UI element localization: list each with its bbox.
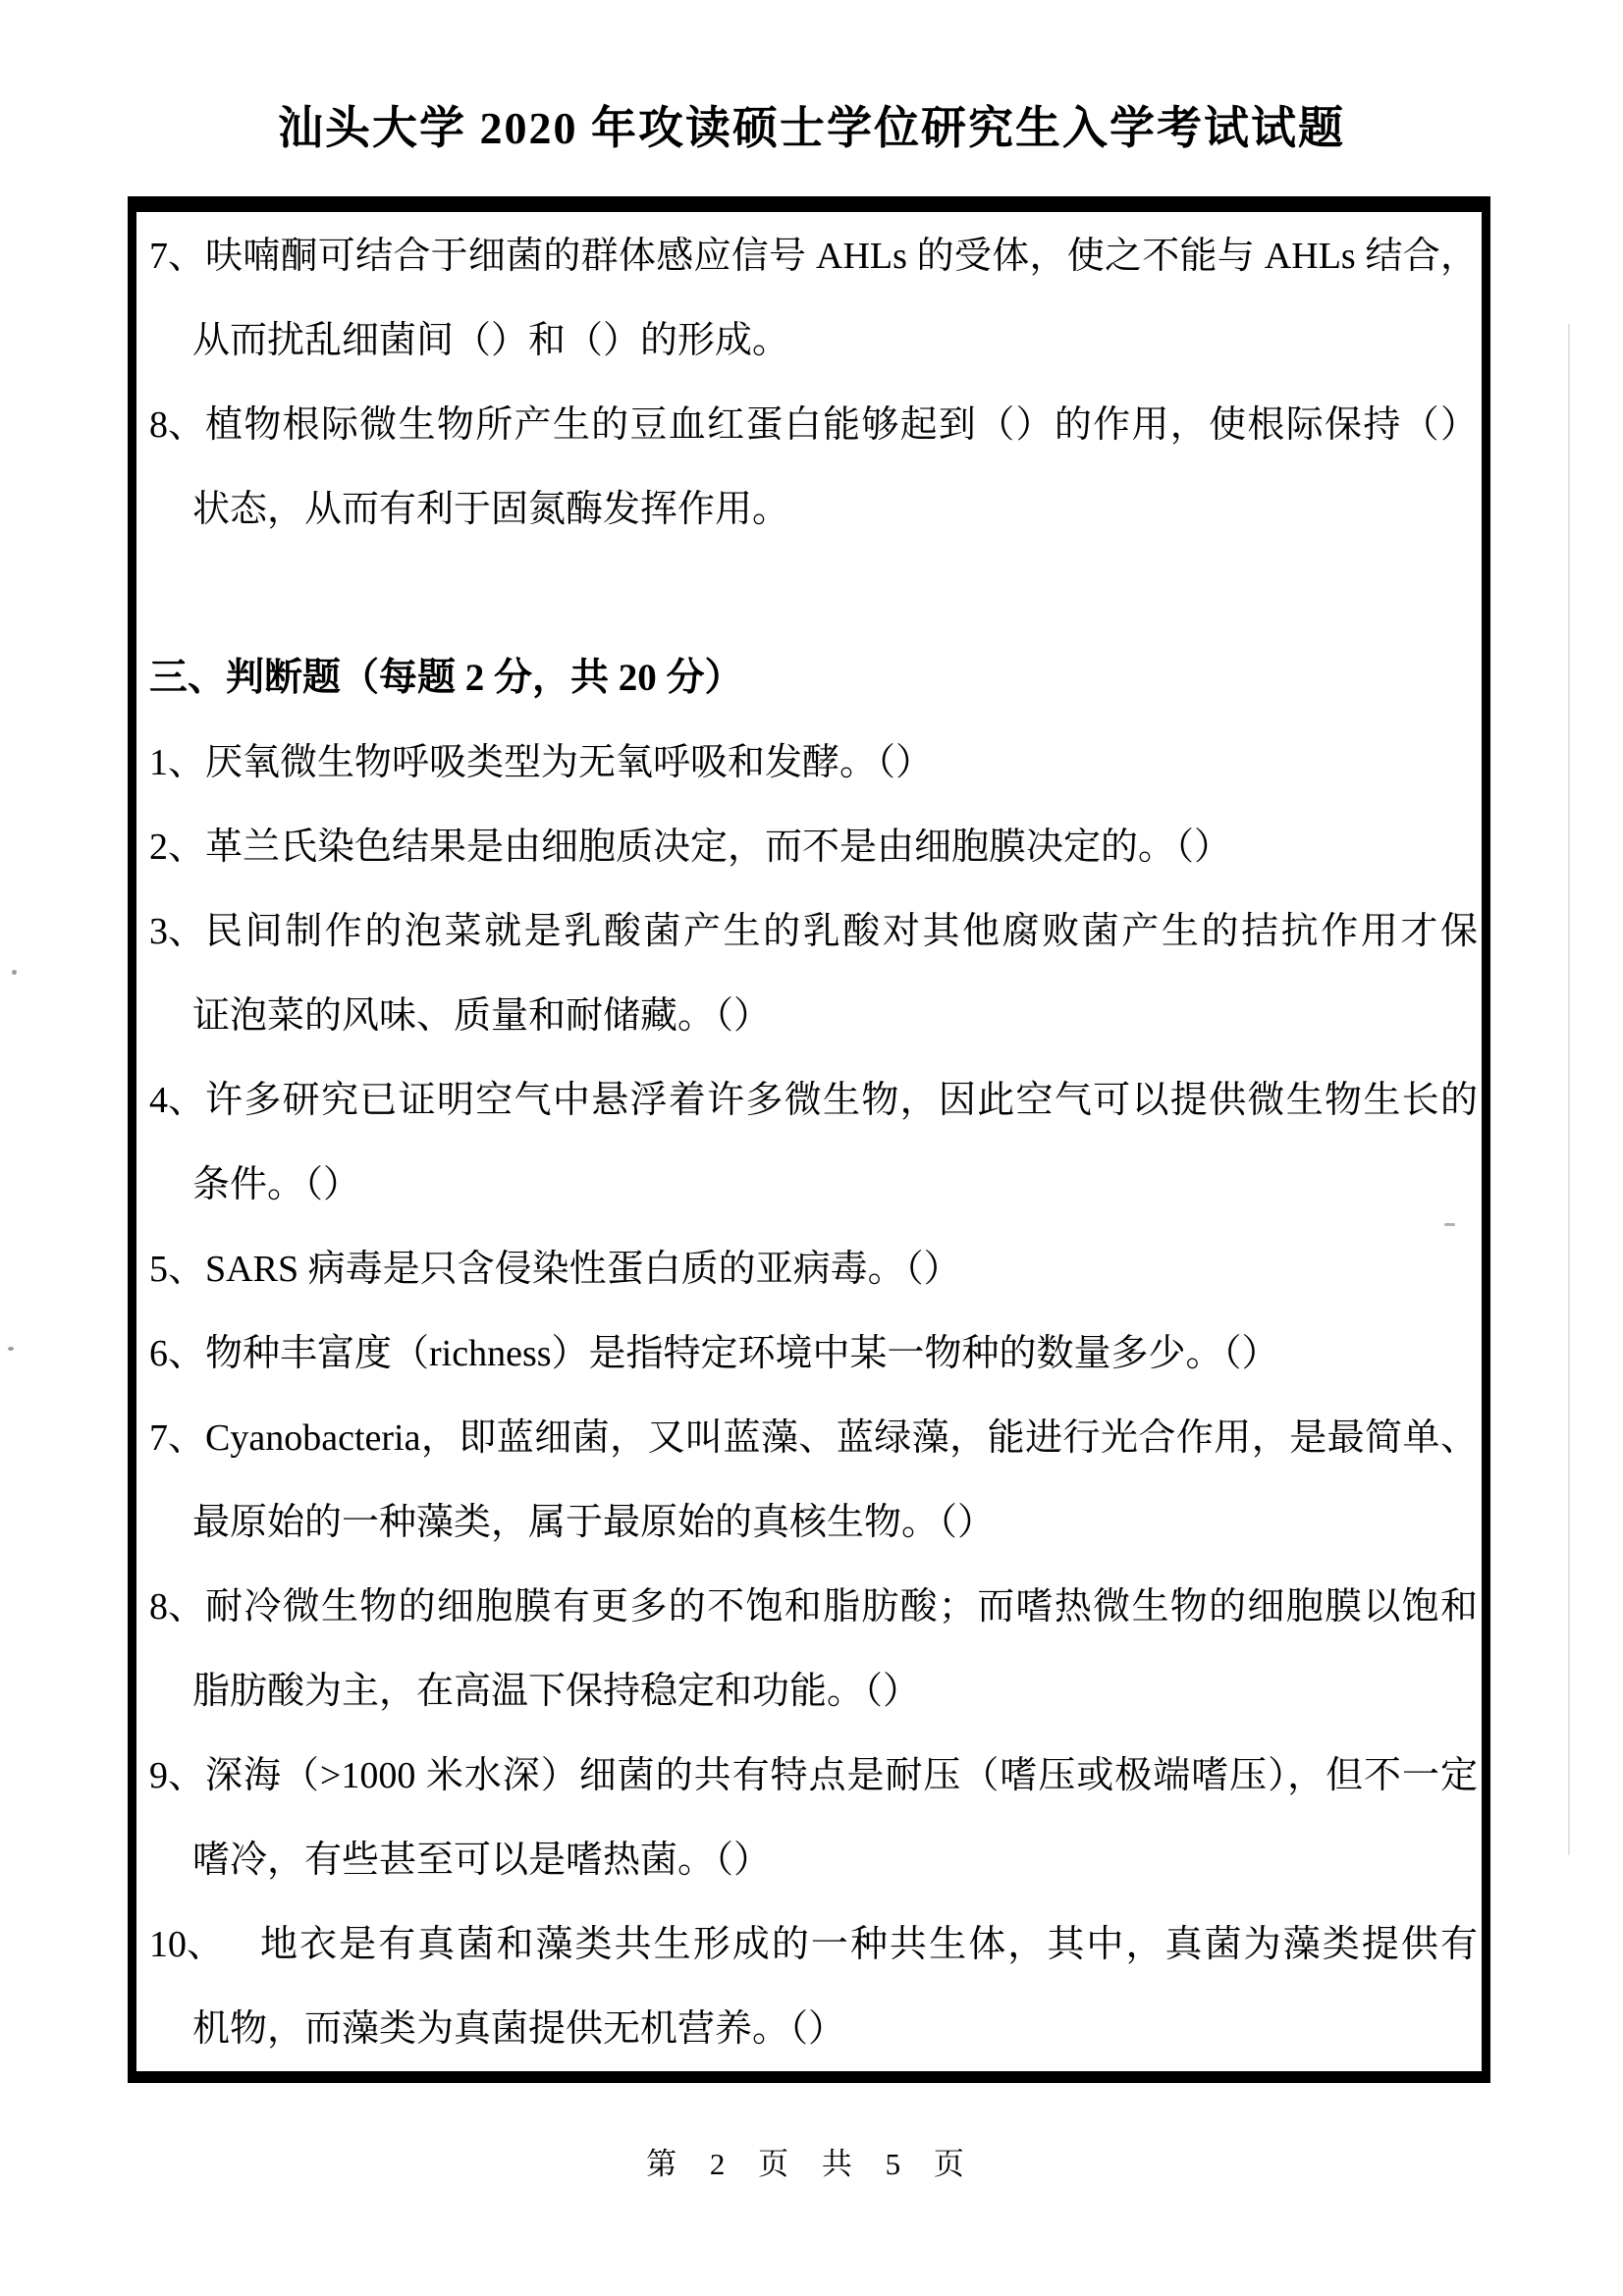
question-number: 10、: [149, 1922, 260, 1967]
scan-artifact: [8, 1347, 14, 1351]
question-line: 最原始的一种藻类，属于最原始的真核生物。（）: [149, 1480, 1478, 1565]
question-line: 7、 呋喃酮可结合于细菌的群体感应信号 AHLs 的受体，使之不能与 AHLs …: [149, 214, 1478, 298]
question-line: 嗜冷，有些甚至可以是嗜热菌。（）: [149, 1818, 1478, 1902]
scan-artifact: [12, 970, 17, 975]
question-text: 从而扰乱细菌间（）和（）的形成。: [192, 318, 1478, 363]
question-number: 3、: [149, 909, 205, 954]
question-line: 从而扰乱细菌间（）和（）的形成。: [149, 298, 1478, 383]
question-line: 10、 地衣是有真菌和藻类共生形成的一种共生体，其中，真菌为藻类提供有: [149, 1902, 1478, 1987]
section-heading: 三、判断题（每题 2 分，共 20 分）: [149, 636, 1478, 721]
question-text: 状态，从而有利于固氮酶发挥作用。: [192, 487, 1478, 532]
page-title: 汕头大学 2020 年攻读硕士学位研究生入学考试试题: [0, 103, 1623, 154]
question-number: 1、: [149, 740, 205, 785]
question-line: 3、 民间制作的泡菜就是乳酸菌产生的乳酸对其他腐败菌产生的拮抗作用才保: [149, 889, 1478, 974]
question-text: 条件。（）: [192, 1162, 1478, 1207]
question-text: 证泡菜的风味、质量和耐储藏。（）: [192, 993, 1478, 1039]
question-text: 深海（>1000 米水深）细菌的共有特点是耐压（嗜压或极端嗜压），但不一定: [205, 1753, 1478, 1798]
question-text: 耐冷微生物的细胞膜有更多的不饱和脂肪酸；而嗜热微生物的细胞膜以饱和: [205, 1584, 1478, 1629]
question-text: 物种丰富度（richness）是指特定环境中某一物种的数量多少。（）: [205, 1331, 1478, 1376]
question-number: 4、: [149, 1078, 205, 1123]
question-line: 8、 耐冷微生物的细胞膜有更多的不饱和脂肪酸；而嗜热微生物的细胞膜以饱和: [149, 1565, 1478, 1649]
question-number: 9、: [149, 1753, 205, 1798]
question-line: 脂肪酸为主，在高温下保持稳定和功能。（）: [149, 1649, 1478, 1734]
scan-artifact: [1568, 324, 1570, 1855]
question-line: 2、 革兰氏染色结果是由细胞质决定，而不是由细胞膜决定的。（）: [149, 805, 1478, 889]
question-line: 8、 植物根际微生物所产生的豆血红蛋白能够起到（）的作用，使根际保持（）: [149, 383, 1478, 467]
question-text: 革兰氏染色结果是由细胞质决定，而不是由细胞膜决定的。（）: [205, 825, 1478, 870]
question-text: 机物，而藻类为真菌提供无机营养。（）: [192, 2006, 1478, 2052]
question-text: 最原始的一种藻类，属于最原始的真核生物。（）: [192, 1500, 1478, 1545]
question-line: 机物，而藻类为真菌提供无机营养。（）: [149, 1987, 1478, 2071]
question-line: 9、 深海（>1000 米水深）细菌的共有特点是耐压（嗜压或极端嗜压），但不一定: [149, 1734, 1478, 1818]
question-number: 7、: [149, 1415, 205, 1461]
question-text: 许多研究已证明空气中悬浮着许多微生物，因此空气可以提供微生物生长的: [205, 1078, 1478, 1123]
question-number: 6、: [149, 1331, 205, 1376]
question-text: 嗜冷，有些甚至可以是嗜热菌。（）: [192, 1838, 1478, 1883]
question-text: Cyanobacteria，即蓝细菌，又叫蓝藻、蓝绿藻，能进行光合作用，是最简单…: [205, 1415, 1478, 1461]
question-text: SARS 病毒是只含侵染性蛋白质的亚病毒。（）: [205, 1247, 1478, 1292]
question-line: 5、 SARS 病毒是只含侵染性蛋白质的亚病毒。（）: [149, 1227, 1478, 1311]
question-text: 厌氧微生物呼吸类型为无氧呼吸和发酵。（）: [205, 740, 1478, 785]
question-line: 条件。（）: [149, 1143, 1478, 1227]
question-text: 民间制作的泡菜就是乳酸菌产生的乳酸对其他腐败菌产生的拮抗作用才保: [205, 909, 1478, 954]
question-number: 2、: [149, 825, 205, 870]
question-number: 5、: [149, 1247, 205, 1292]
question-text: 地衣是有真菌和藻类共生形成的一种共生体，其中，真菌为藻类提供有: [260, 1922, 1478, 1967]
exam-page: 汕头大学 2020 年攻读硕士学位研究生入学考试试题 7、 呋喃酮可结合于细菌的…: [0, 0, 1623, 2296]
question-box: 7、 呋喃酮可结合于细菌的群体感应信号 AHLs 的受体，使之不能与 AHLs …: [128, 196, 1490, 2083]
question-line: 6、 物种丰富度（richness）是指特定环境中某一物种的数量多少。（）: [149, 1311, 1478, 1396]
question-text: 植物根际微生物所产生的豆血红蛋白能够起到（）的作用，使根际保持（）: [205, 402, 1478, 448]
question-number: 8、: [149, 402, 205, 448]
question-line: 7、 Cyanobacteria，即蓝细菌，又叫蓝藻、蓝绿藻，能进行光合作用，是…: [149, 1396, 1478, 1480]
scan-artifact: [1444, 1223, 1455, 1226]
question-number: 8、: [149, 1584, 205, 1629]
question-number: 7、: [149, 234, 205, 279]
section-heading-text: 三、判断题（每题 2 分，共 20 分）: [149, 656, 1478, 701]
question-line: 证泡菜的风味、质量和耐储藏。（）: [149, 974, 1478, 1058]
question-line: 状态，从而有利于固氮酶发挥作用。: [149, 467, 1478, 552]
question-line: 4、 许多研究已证明空气中悬浮着许多微生物，因此空气可以提供微生物生长的: [149, 1058, 1478, 1143]
blank-line: [149, 552, 1478, 636]
question-line: 1、 厌氧微生物呼吸类型为无氧呼吸和发酵。（）: [149, 721, 1478, 805]
question-text: 呋喃酮可结合于细菌的群体感应信号 AHLs 的受体，使之不能与 AHLs 结合，: [205, 234, 1478, 279]
page-footer: 第 2 页 共 5 页: [0, 2145, 1623, 2184]
question-text: 脂肪酸为主，在高温下保持稳定和功能。（）: [192, 1669, 1478, 1714]
